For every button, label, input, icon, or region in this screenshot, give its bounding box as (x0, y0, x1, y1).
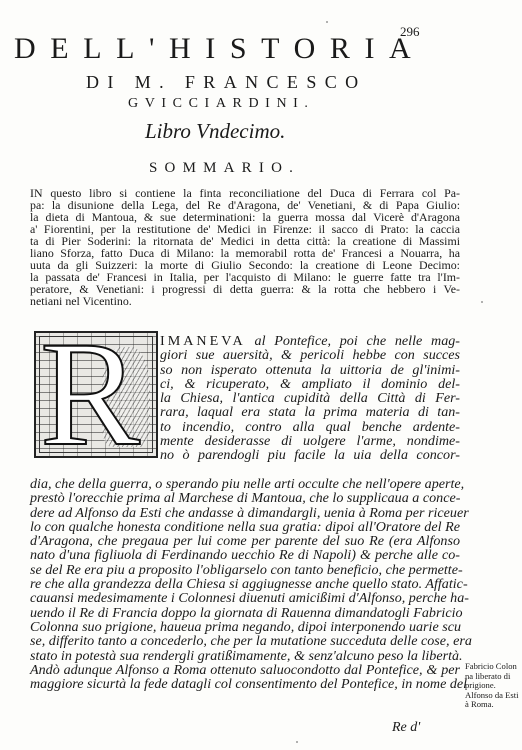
body-line: Andò adunque Alfonso a Roma ottenuto sal… (30, 663, 460, 677)
body-line: d'Aragona, che pregaua per lui come per … (30, 534, 460, 548)
author-line: DI M. FRANCESCO (86, 72, 367, 93)
margin-line: à Roma. (465, 700, 522, 710)
body-line: to incendio, contro alla qual benche ard… (160, 420, 460, 434)
book-page: 296 DELL'HISTORIA DI M. FRANCESCO GVICCI… (0, 0, 522, 750)
body-line: prestò l'orecchie prima al Marchese di M… (30, 491, 460, 505)
body-text-beside-initial: IMANEVA al Pontefice, poi che nelle mag-… (160, 334, 460, 463)
body-line: dia, che della guerra, o sperando piu ne… (30, 477, 460, 491)
book-title: Libro Vndecimo. (145, 119, 285, 144)
initial-letter: R (40, 331, 140, 458)
body-line: lo con qualche honesta conditione nella … (30, 520, 460, 534)
body-line: re che alla grandezza della Chiesa si ag… (30, 577, 460, 591)
summary-line: netiani nel Vicentino. (30, 295, 460, 307)
body-line: stato in potestà sua rendergli gratißima… (30, 649, 460, 663)
body-line: se, differito tanto a concederlo, che pe… (30, 634, 460, 648)
body-line: mente desiderasse di uolgere l'arme, non… (160, 434, 460, 448)
running-title: DELL'HISTORIA (14, 31, 424, 67)
paper-speck (296, 741, 298, 743)
body-line: Colonna suo prigione, haueua prima negan… (30, 620, 460, 634)
body-line: se del Re era piu a proposito l'obligars… (30, 563, 460, 577)
body-line: giori sue auersità, & pericoli hebbe con… (160, 348, 460, 362)
body-line: dere ad Alfonso da Esti che andasse à di… (30, 506, 460, 520)
body-line: cauansi medesimamente i Colonnesi diuenu… (30, 591, 460, 605)
summary-heading: SOMMARIO. (149, 160, 300, 177)
decorated-initial: R (34, 331, 158, 458)
body-line: ci, & ricuperato, & ampliato il dominio … (160, 377, 460, 391)
marginal-note: Fabricio Colon na liberato di prigione. … (465, 662, 522, 710)
paper-speck (481, 301, 483, 303)
author-surname: GVICCIARDINI. (128, 96, 315, 112)
summary-paragraph: IN questo libro si contiene la finta rec… (30, 187, 460, 307)
body-line: rara, laqual era stata la prima materia … (160, 405, 460, 419)
body-line: uendo il Re di Francia doppo la giornata… (30, 606, 460, 620)
body-line: no ò parendogli piu facile la uia della … (160, 448, 460, 462)
body-text-full-width: dia, che della guerra, o sperando piu ne… (30, 477, 460, 691)
body-line: nato d'una figliuola di Ferdinando uecch… (30, 548, 460, 562)
paper-speck (326, 21, 328, 23)
catchword: Re d' (392, 720, 420, 736)
body-line: IMANEVA al Pontefice, poi che nelle mag- (160, 334, 460, 348)
body-line: la Chiesa, l'antica cupidità della Città… (160, 391, 460, 405)
body-line: so non isperato ottenuta la uittoria de … (160, 363, 460, 377)
body-line: maggiore sicurtà la fede datagli col con… (30, 677, 460, 691)
